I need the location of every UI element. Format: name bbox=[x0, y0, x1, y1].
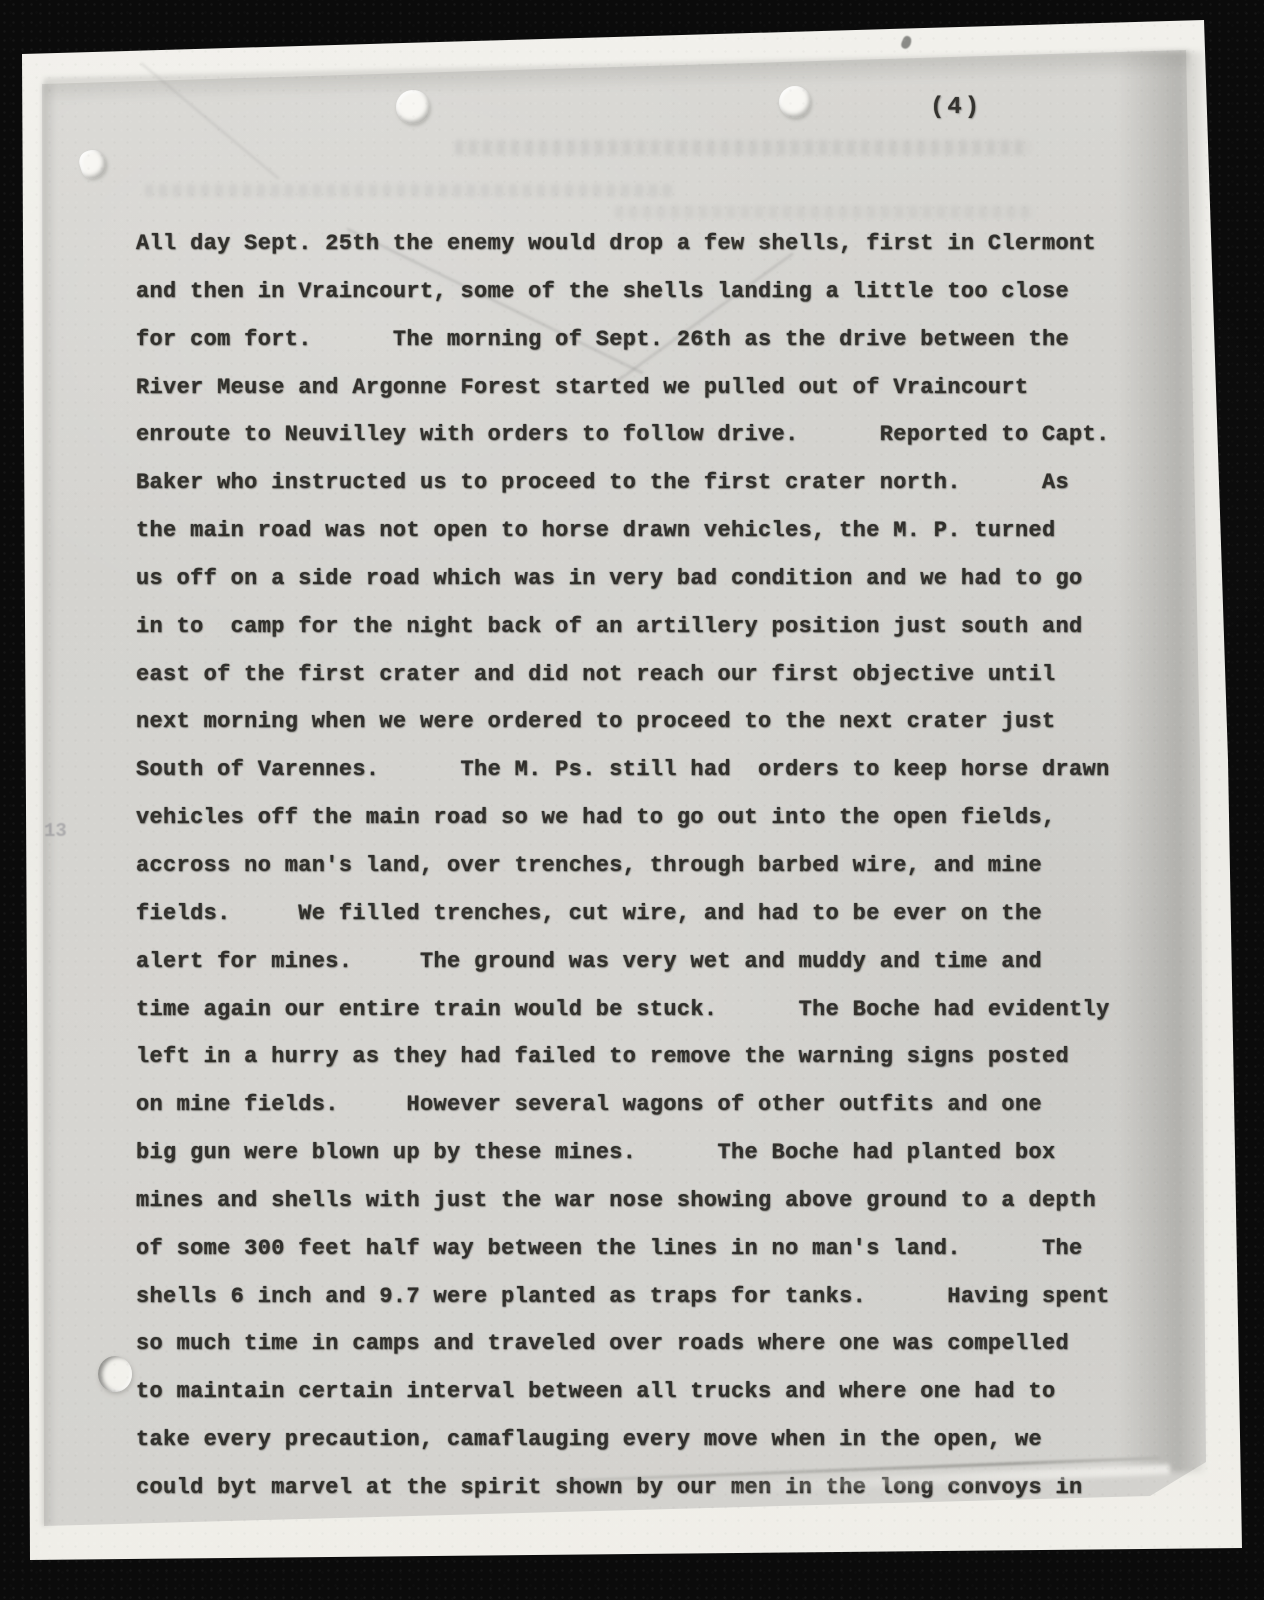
page-number: (4) bbox=[930, 94, 982, 121]
text-line: Baker who instructed us to proceed to th… bbox=[136, 459, 1126, 507]
text-line: mines and shells with just the war nose … bbox=[136, 1177, 1126, 1225]
typewritten-text: All day Sept. 25th the enemy would drop … bbox=[136, 220, 1126, 1512]
text-line: on mine fields. However several wagons o… bbox=[136, 1081, 1126, 1129]
text-line: take every precaution, camaflauging ever… bbox=[136, 1416, 1126, 1464]
ink-bleed-smudge bbox=[145, 184, 675, 197]
text-line: for com fort. The morning of Sept. 26th … bbox=[136, 316, 1126, 364]
text-line: so much time in camps and traveled over … bbox=[136, 1320, 1126, 1368]
hole-punch-top-right bbox=[779, 86, 811, 118]
text-line: and then in Vraincourt, some of the shel… bbox=[136, 268, 1126, 316]
text-line: fields. We filled trenches, cut wire, an… bbox=[136, 890, 1126, 938]
text-line: shells 6 inch and 9.7 were planted as tr… bbox=[136, 1273, 1126, 1321]
text-line: east of the first crater and did not rea… bbox=[136, 651, 1126, 699]
text-line: South of Varennes. The M. Ps. still had … bbox=[136, 746, 1126, 794]
text-line: big gun were blown up by these mines. Th… bbox=[136, 1129, 1126, 1177]
text-line: of some 300 feet half way between the li… bbox=[136, 1225, 1126, 1273]
text-line: River Meuse and Argonne Forest started w… bbox=[136, 364, 1126, 412]
hole-punch-top-left bbox=[396, 90, 430, 124]
text-line: to maintain certain interval between all… bbox=[136, 1368, 1126, 1416]
text-line: us off on a side road which was in very … bbox=[136, 555, 1126, 603]
ink-bleed-smudge bbox=[455, 140, 1030, 155]
text-line: alert for mines. The ground was very wet… bbox=[136, 938, 1126, 986]
text-line: vehicles off the main road so we had to … bbox=[136, 794, 1126, 842]
hole-punch-left-lower bbox=[98, 1356, 132, 1392]
text-line: left in a hurry as they had failed to re… bbox=[136, 1033, 1126, 1081]
text-line: could byt marvel at the spirit shown by … bbox=[136, 1464, 1126, 1512]
margin-mark: 13 bbox=[44, 820, 67, 842]
text-line: in to camp for the night back of an arti… bbox=[136, 603, 1126, 651]
text-line: the main road was not open to horse draw… bbox=[136, 507, 1126, 555]
text-line: time again our entire train would be stu… bbox=[136, 986, 1126, 1034]
text-line: enroute to Neuvilley with orders to foll… bbox=[136, 411, 1126, 459]
scanned-document-view: (4) 13 All day Sept. 25th the enemy woul… bbox=[0, 0, 1264, 1600]
page-left-edge-shadow bbox=[42, 84, 56, 1526]
text-line: accross no man's land, over trenches, th… bbox=[136, 842, 1126, 890]
text-line: All day Sept. 25th the enemy would drop … bbox=[136, 220, 1126, 268]
text-line: next morning when we were ordered to pro… bbox=[136, 698, 1126, 746]
ink-bleed-smudge bbox=[615, 206, 1035, 218]
page-right-edge-shadow bbox=[1118, 52, 1204, 1472]
